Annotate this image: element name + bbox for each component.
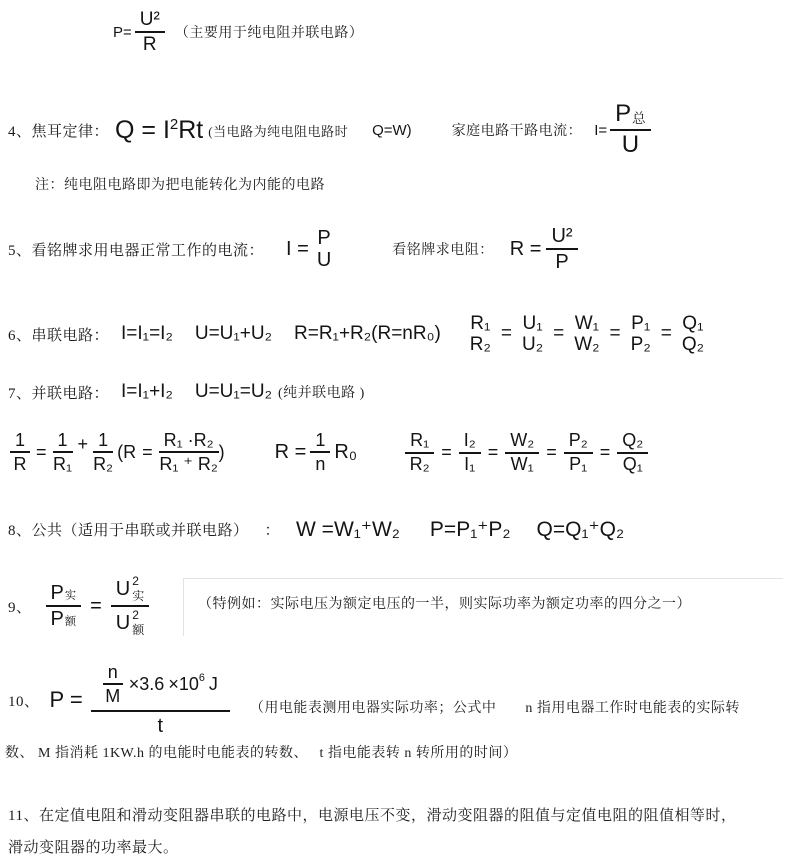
fraction-n-over-m: nM bbox=[103, 662, 123, 706]
ratio-den: P₂ bbox=[628, 334, 654, 355]
fraction-numerator: 1 bbox=[10, 430, 30, 453]
fraction-1-over-r1: 1R₁ bbox=[53, 430, 73, 474]
stack-p-over-u: P U bbox=[314, 227, 334, 272]
series-ratio-chain: R₁R₂ = U₁U₂ = W₁W₂ = P₁P₂ = Q₁Q₂ bbox=[467, 313, 707, 356]
fraction-numerator: n bbox=[103, 662, 123, 685]
ratio-den: Q₂ bbox=[679, 334, 707, 355]
item-10-label: 10、 bbox=[8, 690, 40, 711]
item-4-label: 4、焦耳定律： bbox=[8, 120, 109, 141]
stack-denominator: U bbox=[314, 249, 334, 271]
item-8-label: 8、公共（适用于串联或并联电路） bbox=[8, 519, 249, 540]
ratio-p: P₁P₂ bbox=[628, 313, 654, 356]
fraction-u2-over-r: U² R bbox=[135, 9, 165, 56]
item-5-nameplate: 5、看铭牌求用电器正常工作的电流： I = P U 看铭牌求电阻： R = U²… bbox=[8, 218, 578, 280]
r0-symbol: R₀ bbox=[334, 441, 357, 464]
item-10-note-continued: 数、 M 指消耗 1KW.h 的电能时电能表的转数、 t 指电能表转 n 转所用… bbox=[5, 742, 517, 762]
fraction-denominator: P额 bbox=[51, 607, 77, 630]
fraction-product-over-sum: R₁ ·R₂R₁ ⁺ R₂ bbox=[159, 430, 219, 474]
u-scripts: 2实 bbox=[132, 574, 144, 604]
fraction-1-over-n: 1n bbox=[310, 430, 330, 474]
close-paren: ) bbox=[219, 442, 225, 463]
equals-sign: = bbox=[488, 442, 499, 463]
power-lead: P = bbox=[50, 687, 83, 713]
p-subscript: 总 bbox=[632, 111, 645, 126]
series-resistance-formula: R=R₁+R₂(R=nR₀) bbox=[294, 323, 441, 345]
current-lead: I = bbox=[286, 238, 309, 261]
heat-sum-formula: Q=Q₁⁺Q₂ bbox=[537, 517, 625, 542]
ratio-den: I₁ bbox=[461, 454, 478, 474]
item-9-label: 9、 bbox=[8, 596, 32, 617]
ratio-num: W₂ bbox=[505, 430, 539, 453]
big-fraction-energy-meter: nM ×3.6 ×10 6 J t bbox=[91, 662, 230, 738]
parallel-current-formula: I=I₁+I₂ bbox=[121, 381, 173, 403]
equivalent-resistance-lead: R = bbox=[275, 441, 307, 464]
equals-sign: = bbox=[501, 323, 512, 345]
plus-sign: + bbox=[78, 434, 89, 455]
times-3-6: ×3.6 bbox=[129, 674, 165, 695]
household-current-lead: I= bbox=[594, 122, 607, 139]
pure-resistance-note: 注：纯电阻电路即为把电能转化为内能的电路 bbox=[35, 174, 325, 194]
fraction-numerator: 1 bbox=[93, 430, 113, 453]
parallel-voltage-formula: U=U₁=U₂ bbox=[195, 381, 272, 403]
ratio-w: W₁W₂ bbox=[571, 313, 602, 356]
p-symbol: P bbox=[51, 582, 64, 604]
colon: ： bbox=[265, 519, 281, 540]
joule-exponent: 2 bbox=[170, 116, 178, 133]
ratio-i: I₂I₁ bbox=[459, 430, 481, 473]
fraction-numerator: U² bbox=[135, 9, 165, 33]
formula-power-u2r: P= U² R （主要用于纯电阻并联电路） bbox=[113, 6, 363, 58]
ratio-num: P₂ bbox=[564, 430, 593, 453]
fraction-numerator: R₁ ·R₂ bbox=[159, 430, 219, 453]
series-voltage-formula: U=U₁+U₂ bbox=[195, 323, 272, 345]
ratio-num: U₁ bbox=[520, 313, 546, 334]
fraction-1-over-r: 1R bbox=[10, 430, 30, 474]
ratio-num: Q₁ bbox=[679, 313, 706, 334]
household-current-label: 家庭电路干路电流： bbox=[452, 120, 583, 140]
p-subscript: 额 bbox=[65, 616, 76, 629]
fraction-denominator: R bbox=[14, 453, 27, 474]
exponent-6: 6 bbox=[199, 672, 205, 684]
ratio-num: R₁ bbox=[467, 313, 493, 334]
fraction-numerator: U² bbox=[546, 225, 577, 250]
item-6-label: 6、串联电路： bbox=[8, 324, 109, 345]
joule-unit: J bbox=[209, 674, 218, 695]
fraction-ptotal-over-u: P总 U bbox=[610, 101, 650, 159]
fraction-denominator: R bbox=[143, 33, 157, 55]
ratio-den: Q₁ bbox=[620, 454, 646, 474]
item-4-note: 注：纯电阻电路即为把电能转化为内能的电路 bbox=[35, 174, 325, 194]
u-scripts: 2额 bbox=[132, 608, 144, 638]
formula-joule: Q = I2Rt bbox=[115, 116, 203, 145]
item-4-joule-law: 4、焦耳定律： Q = I2Rt (当电路为纯电阻电路时 Q=W) 家庭电路干路… bbox=[8, 96, 651, 164]
equals-sign: = bbox=[661, 323, 672, 345]
joule-tail: Rt bbox=[178, 116, 203, 144]
u-subscript: 实 bbox=[132, 589, 144, 604]
joule-condition-note: (当电路为纯电阻电路时 bbox=[208, 121, 348, 140]
fraction-numerator: P总 bbox=[610, 101, 650, 131]
fraction-denominator: M bbox=[105, 685, 120, 706]
u-exponent: 2 bbox=[132, 574, 139, 589]
fraction-numerator: 1 bbox=[53, 430, 73, 453]
ratio-p: P₂P₁ bbox=[564, 430, 593, 473]
fraction-denominator: R₁ bbox=[53, 453, 72, 474]
fraction-denominator: P bbox=[555, 250, 568, 273]
item-10-note: （用电能表测用电器实际功率；公式中 n 指用电器工作时电能表的实际转 bbox=[250, 697, 740, 717]
fraction-numerator: U2实 bbox=[111, 574, 149, 607]
u-subscript: 额 bbox=[132, 623, 144, 638]
work-sum-formula: W =W₁⁺W₂ bbox=[296, 517, 400, 542]
ratio-u: U₁U₂ bbox=[519, 313, 546, 356]
item-7-parallel-circuit: 7、并联电路： I=I₁+I₂ U=U₁=U₂ (纯并联电路 ) bbox=[8, 378, 365, 406]
item-9-note-box: （特例如：实际电压为额定电压的一半，则实际功率为额定功率的四分之一） bbox=[183, 578, 783, 636]
ratio-q: Q₂Q₁ bbox=[617, 430, 648, 473]
item-10-note-continuation: 数、 M 指消耗 1KW.h 的电能时电能表的转数、 t 指电能表转 n 转所用… bbox=[5, 742, 517, 762]
fraction-numerator: P实 bbox=[46, 582, 82, 607]
fraction-1-over-r2: 1R₂ bbox=[93, 430, 113, 474]
fraction-numerator: 1 bbox=[310, 430, 330, 453]
ratio-num: R₁ bbox=[405, 430, 434, 453]
formula-lead: P= bbox=[113, 24, 132, 41]
ratio-num: P₁ bbox=[628, 313, 653, 334]
ratio-num: I₂ bbox=[459, 430, 481, 453]
open-paren-r: (R bbox=[117, 442, 136, 463]
ratio-den: P₁ bbox=[566, 454, 590, 474]
item-11-line-1: 11、在定值电阻和滑动变阻器串联的电路中，电源电压不变，滑动变阻器的阻值与定值电… bbox=[8, 804, 736, 825]
series-current-formula: I=I₁=I₂ bbox=[121, 323, 173, 345]
fraction-denominator: R₂ bbox=[93, 453, 113, 474]
joule-head: Q = I bbox=[115, 116, 170, 144]
fraction-denominator: U2额 bbox=[116, 607, 144, 638]
item-9-actual-rated-power: 9、 P实 P额 = U2实 U2额 bbox=[8, 564, 149, 648]
ratio-r: R₁R₂ bbox=[405, 430, 434, 473]
ratio-den: R₂ bbox=[407, 454, 433, 474]
equals-sign: = bbox=[90, 595, 102, 618]
equals-sign: = bbox=[600, 442, 611, 463]
resistance-label: 看铭牌求电阻： bbox=[392, 239, 494, 259]
p-subscript: 实 bbox=[65, 590, 76, 603]
item-10-energy-meter-power: 10、 P = nM ×3.6 ×10 6 J t （用电能表测用电器实际功率；… bbox=[8, 652, 740, 748]
item-11-text-2: 滑动变阻器的功率最大。 bbox=[8, 836, 179, 857]
joule-qw: Q=W) bbox=[372, 122, 412, 139]
p-symbol: P bbox=[615, 101, 631, 128]
ratio-den: W₂ bbox=[571, 334, 602, 355]
u-symbol: U bbox=[116, 612, 130, 634]
physics-formula-sheet: P= U² R （主要用于纯电阻并联电路） 4、焦耳定律： Q = I2Rt (… bbox=[0, 0, 799, 857]
ratio-w: W₂W₁ bbox=[505, 430, 539, 473]
item-11-text-1: 11、在定值电阻和滑动变阻器串联的电路中，电源电压不变，滑动变阻器的阻值与定值电… bbox=[8, 804, 736, 825]
parallel-note: (纯并联电路 ) bbox=[278, 382, 365, 402]
equals-sign: = bbox=[546, 442, 557, 463]
equals-sign: = bbox=[142, 442, 153, 463]
times-10: ×10 bbox=[168, 674, 199, 695]
item-6-series-circuit: 6、串联电路： I=I₁=I₂ U=U₁+U₂ R=R₁+R₂(R=nR₀) R… bbox=[8, 302, 707, 366]
big-fraction-denominator: t bbox=[158, 712, 164, 738]
resistance-lead: R = bbox=[510, 238, 542, 261]
stack-numerator: P bbox=[314, 227, 333, 249]
ratio-den: R₂ bbox=[467, 334, 494, 355]
power-sum-formula: P=P₁⁺P₂ bbox=[430, 517, 511, 542]
item-7-label: 7、并联电路： bbox=[8, 382, 109, 403]
equals-sign: = bbox=[553, 323, 564, 345]
fraction-u2-over-p: U² P bbox=[546, 225, 577, 274]
fraction-denominator: U bbox=[622, 131, 639, 159]
ratio-q: Q₁Q₂ bbox=[679, 313, 707, 356]
item-11-line-2: 滑动变阻器的功率最大。 bbox=[8, 836, 179, 857]
ratio-den: U₂ bbox=[519, 334, 546, 355]
ratio-num: Q₂ bbox=[617, 430, 648, 453]
ratio-r: R₁R₂ bbox=[467, 313, 494, 356]
u-exponent: 2 bbox=[132, 608, 139, 623]
p-symbol: P bbox=[51, 608, 64, 630]
big-fraction-numerator: nM ×3.6 ×10 6 J bbox=[91, 662, 230, 712]
fraction-uactual2-over-urated2: U2实 U2额 bbox=[111, 574, 149, 638]
equals-sign: = bbox=[36, 442, 47, 463]
ratio-den: W₁ bbox=[508, 454, 537, 474]
item-5-label: 5、看铭牌求用电器正常工作的电流： bbox=[8, 239, 264, 260]
ratio-num: W₁ bbox=[572, 313, 602, 334]
u-symbol: U bbox=[116, 578, 130, 600]
fraction-pactual-over-prated: P实 P额 bbox=[46, 582, 82, 631]
formula-usage-note: （主要用于纯电阻并联电路） bbox=[175, 22, 364, 42]
item-7-fraction-line: 1R = 1R₁ + 1R₂ (R = R₁ ·R₂R₁ ⁺ R₂ ) R = … bbox=[10, 414, 648, 490]
special-case-note: （特例如：实际电压为额定电压的一半，则实际功率为额定功率的四分之一） bbox=[198, 597, 691, 612]
fraction-denominator: n bbox=[315, 453, 325, 474]
fraction-denominator: R₁ ⁺ R₂ bbox=[159, 453, 218, 474]
parallel-ratio-chain: R₁R₂ = I₂I₁ = W₂W₁ = P₂P₁ = Q₂Q₁ bbox=[405, 430, 648, 473]
item-8-common-formulas: 8、公共（适用于串联或并联电路） ： W =W₁⁺W₂ P=P₁⁺P₂ Q=Q₁… bbox=[8, 508, 624, 550]
equals-sign: = bbox=[441, 442, 452, 463]
equals-sign: = bbox=[610, 323, 621, 345]
